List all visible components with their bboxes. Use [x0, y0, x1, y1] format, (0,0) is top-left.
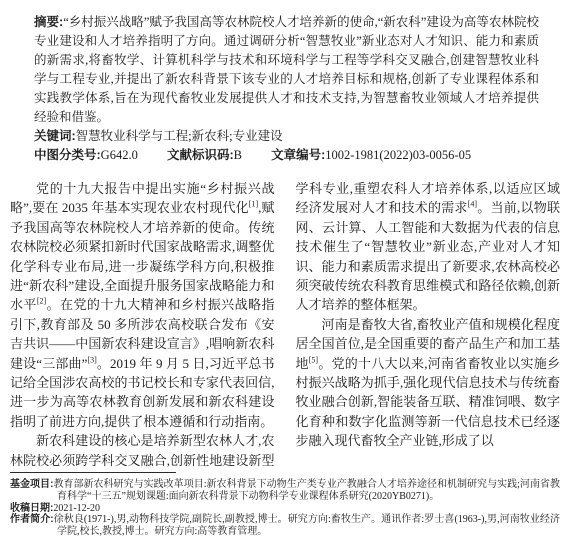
fund-project-label: 基金项目: [10, 479, 53, 490]
author-bio-text: 徐秋良(1971-),男,动物科技学院,副院长,副教授,博士。研究方向:畜牧生产… [54, 514, 560, 537]
received-date-value: 2021-12-20 [53, 503, 100, 514]
document-code: 文献标识码:B [167, 146, 242, 165]
author-bio-note: 作者简介:徐秋良(1971-),男,动物科技学院,副院长,副教授,博士。研究方向… [10, 514, 560, 538]
abstract-label: 摘要: [34, 15, 63, 29]
keywords-label: 关键词: [34, 129, 76, 143]
article-id: 文章编号:1002-1981(2022)03-0056-05 [271, 146, 471, 165]
received-date-note: 收稿日期:2021-12-20 [10, 503, 560, 515]
article-id-value: 1002-1981(2022)03-0056-05 [325, 148, 471, 162]
meta-line: 中图分类号:G642.0 文献标识码:B 文章编号:1002-1981(2022… [34, 146, 539, 165]
fund-project-note: 基金项目:教育部新农科研究与实践改革项目:新农科背景下动物生产类专业产教融合人才… [10, 479, 560, 503]
front-matter: 摘要:“乡村振兴战略”赋予我国高等农林院校人才培养新的使命,“新农科”建设为高等… [0, 13, 569, 165]
document-code-label: 文献标识码: [167, 148, 234, 162]
footnote-block: 基金项目:教育部新农科研究与实践改革项目:新农科背景下动物生产类专业产教融合人才… [10, 472, 560, 538]
paper-page: 摘要:“乡村振兴战略”赋予我国高等农林院校人才培养新的使命,“新农科”建设为高等… [0, 0, 569, 555]
received-date-label: 收稿日期: [10, 503, 53, 514]
author-bio-label: 作者简介: [10, 514, 54, 525]
body-columns: 党的十九大报告中提出实施“乡村振兴战略”,要在 2035 年基本实现农业农村现代… [0, 179, 569, 472]
abstract-paragraph: 摘要:“乡村振兴战略”赋予我国高等农林院校人才培养新的使命,“新农科”建设为高等… [34, 13, 539, 127]
body-paragraph-3: 河南是畜牧大省,畜牧业产值和规模化程度居全国首位,是全国重要的畜产品生产和加工基… [296, 315, 561, 451]
citation-reference: [2] [37, 297, 46, 306]
citation-reference: [1] [249, 200, 258, 209]
document-code-value: B [234, 148, 242, 162]
citation-reference: [3] [87, 355, 96, 364]
keywords-line: 关键词:智慧牧业科学与工程;新农科;专业建设 [34, 127, 539, 146]
fund-project-text: 教育部新农科研究与实践改革项目:新农科背景下动物生产类专业产教融合人才培养途径和… [53, 479, 560, 502]
keywords-text: 智慧牧业科学与工程;新农科;专业建设 [76, 129, 283, 143]
article-id-label: 文章编号: [271, 148, 325, 162]
clc-number: 中图分类号:G642.0 [34, 146, 138, 165]
citation-reference: [5] [309, 355, 318, 364]
clc-value: G642.0 [101, 148, 138, 162]
citation-reference: [4] [468, 200, 477, 209]
abstract-text: “乡村振兴战略”赋予我国高等农林院校人才培养新的使命,“新农科”建设为高等农林院… [34, 15, 539, 124]
clc-label: 中图分类号: [34, 148, 101, 162]
body-paragraph-1: 党的十九大报告中提出实施“乡村振兴战略”,要在 2035 年基本实现农业农村现代… [10, 179, 275, 431]
footnote-divider [10, 472, 176, 473]
